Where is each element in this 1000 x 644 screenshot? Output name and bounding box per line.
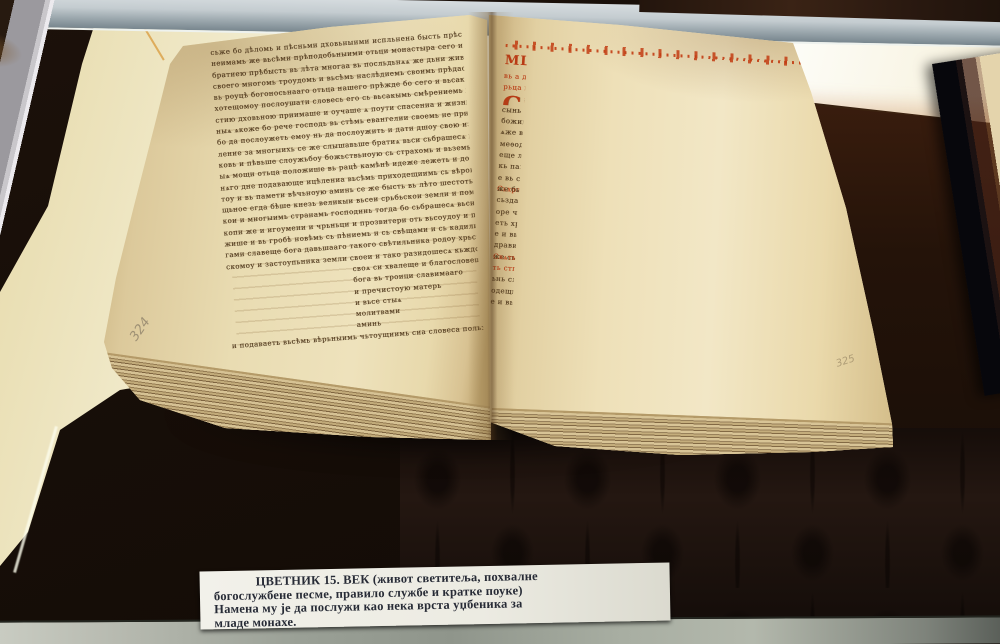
exhibit-label: ЦВЕТНИК 15. ВЕК (живот светитеља, похвал…: [199, 562, 670, 629]
left-page-text: сьже бо дѣломь и пѣсньми дховьныими испл…: [210, 30, 485, 378]
right-page-text: МЦЬ ДЕКЕВРІЕ ИМАТЬ ДНІИ ЛА ДНЬвь а дьнь …: [486, 40, 805, 387]
book-gutter-shadow: [468, 12, 514, 440]
open-manuscript-book: сьже бо дѣломь и пѣсньми дховьныими испл…: [40, 0, 920, 480]
museum-display-photo: сьже бо дѣломь и пѣсньми дховьныими испл…: [0, 0, 1000, 644]
